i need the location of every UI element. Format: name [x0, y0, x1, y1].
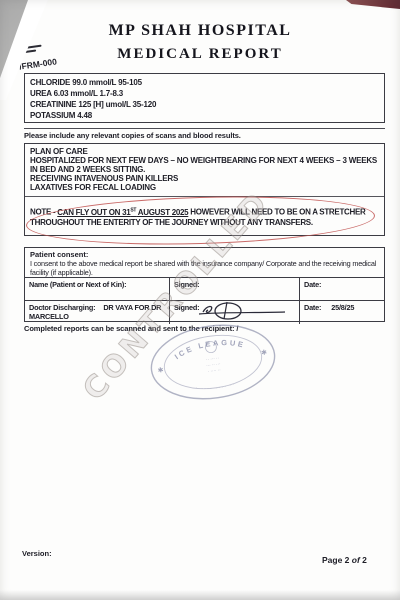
plan-line: RECEIVING INTAVENOUS PAIN KILLERS	[30, 174, 379, 183]
lab-result-line: POTASSIUM 4.48	[30, 110, 384, 121]
lab-result-line: CHLORIDE 99.0 mmol/L 95-105	[30, 77, 384, 88]
plan-line: LAXATIVES FOR FECAL LOADING	[30, 183, 379, 192]
photo-artifact-red-edge	[346, 0, 400, 9]
flight-note-text: NOTE - CAN FLY OUT ON 31ST AUGUST 2025 H…	[30, 205, 379, 228]
version-label: Version:	[22, 549, 52, 558]
consent-body: I consent to the above medical report be…	[30, 259, 379, 277]
plan-of-care-box: PLAN OF CARE HOSPITALIZED FOR NEXT FEW D…	[24, 143, 385, 236]
svg-text:· ···· ···· ··: · ···· ···· ··	[195, 379, 237, 393]
plan-line: HOSPITALIZED FOR NEXT FEW DAYS – NO WEIG…	[30, 156, 379, 174]
stamp-arc-text: ICE LEAGUE	[172, 334, 248, 362]
flight-note-section: NOTE - CAN FLY OUT ON 31ST AUGUST 2025 H…	[25, 196, 384, 228]
hospital-name: MP SHAH HOSPITAL	[0, 22, 400, 40]
page-number: Page 2 of 2	[322, 555, 367, 565]
doctor-date-value: 25/8/25	[331, 303, 354, 312]
stamp-inner-line: ··· ·· ···	[206, 361, 221, 368]
stamp-inner-line: · ···· ··	[207, 367, 221, 374]
patient-name-label: Name (Patient or Next of Kin):	[25, 278, 169, 301]
lab-result-line: CREATININE 125 [H] umol/L 35-120	[30, 99, 384, 110]
patient-date-label: Date:	[299, 278, 384, 301]
lab-results-box: CHLORIDE 99.0 mmol/L 95-105 UREA 6.03 mm…	[24, 73, 385, 123]
stamp-emblem	[205, 341, 217, 353]
scan-instruction: Please include any relevant copies of sc…	[24, 131, 241, 140]
divider-line	[24, 128, 385, 129]
stamp-inner-line: ·· ··· ··	[206, 355, 220, 362]
page-bottom-edge	[0, 590, 400, 600]
doctor-signature	[193, 298, 293, 326]
doctor-discharging-cell: Doctor Discharging:DR VAYA FOR DR MARCEL…	[25, 301, 169, 324]
svg-text:ICE LEAGUE: ICE LEAGUE	[172, 334, 248, 362]
doctor-date-cell: Date:25/8/25	[299, 301, 384, 324]
stamp-star-right: ✱	[261, 348, 268, 357]
page-title: MEDICAL REPORT	[0, 46, 400, 63]
lab-result-line: UREA 6.03 mmol/L 1.7-8.3	[30, 88, 384, 99]
stamp-star-left: ✱	[157, 366, 164, 375]
patient-consent-box: Patient consent: I consent to the above …	[24, 247, 385, 322]
plan-of-care-title: PLAN OF CARE	[30, 147, 379, 156]
consent-title: Patient consent:	[30, 250, 379, 259]
